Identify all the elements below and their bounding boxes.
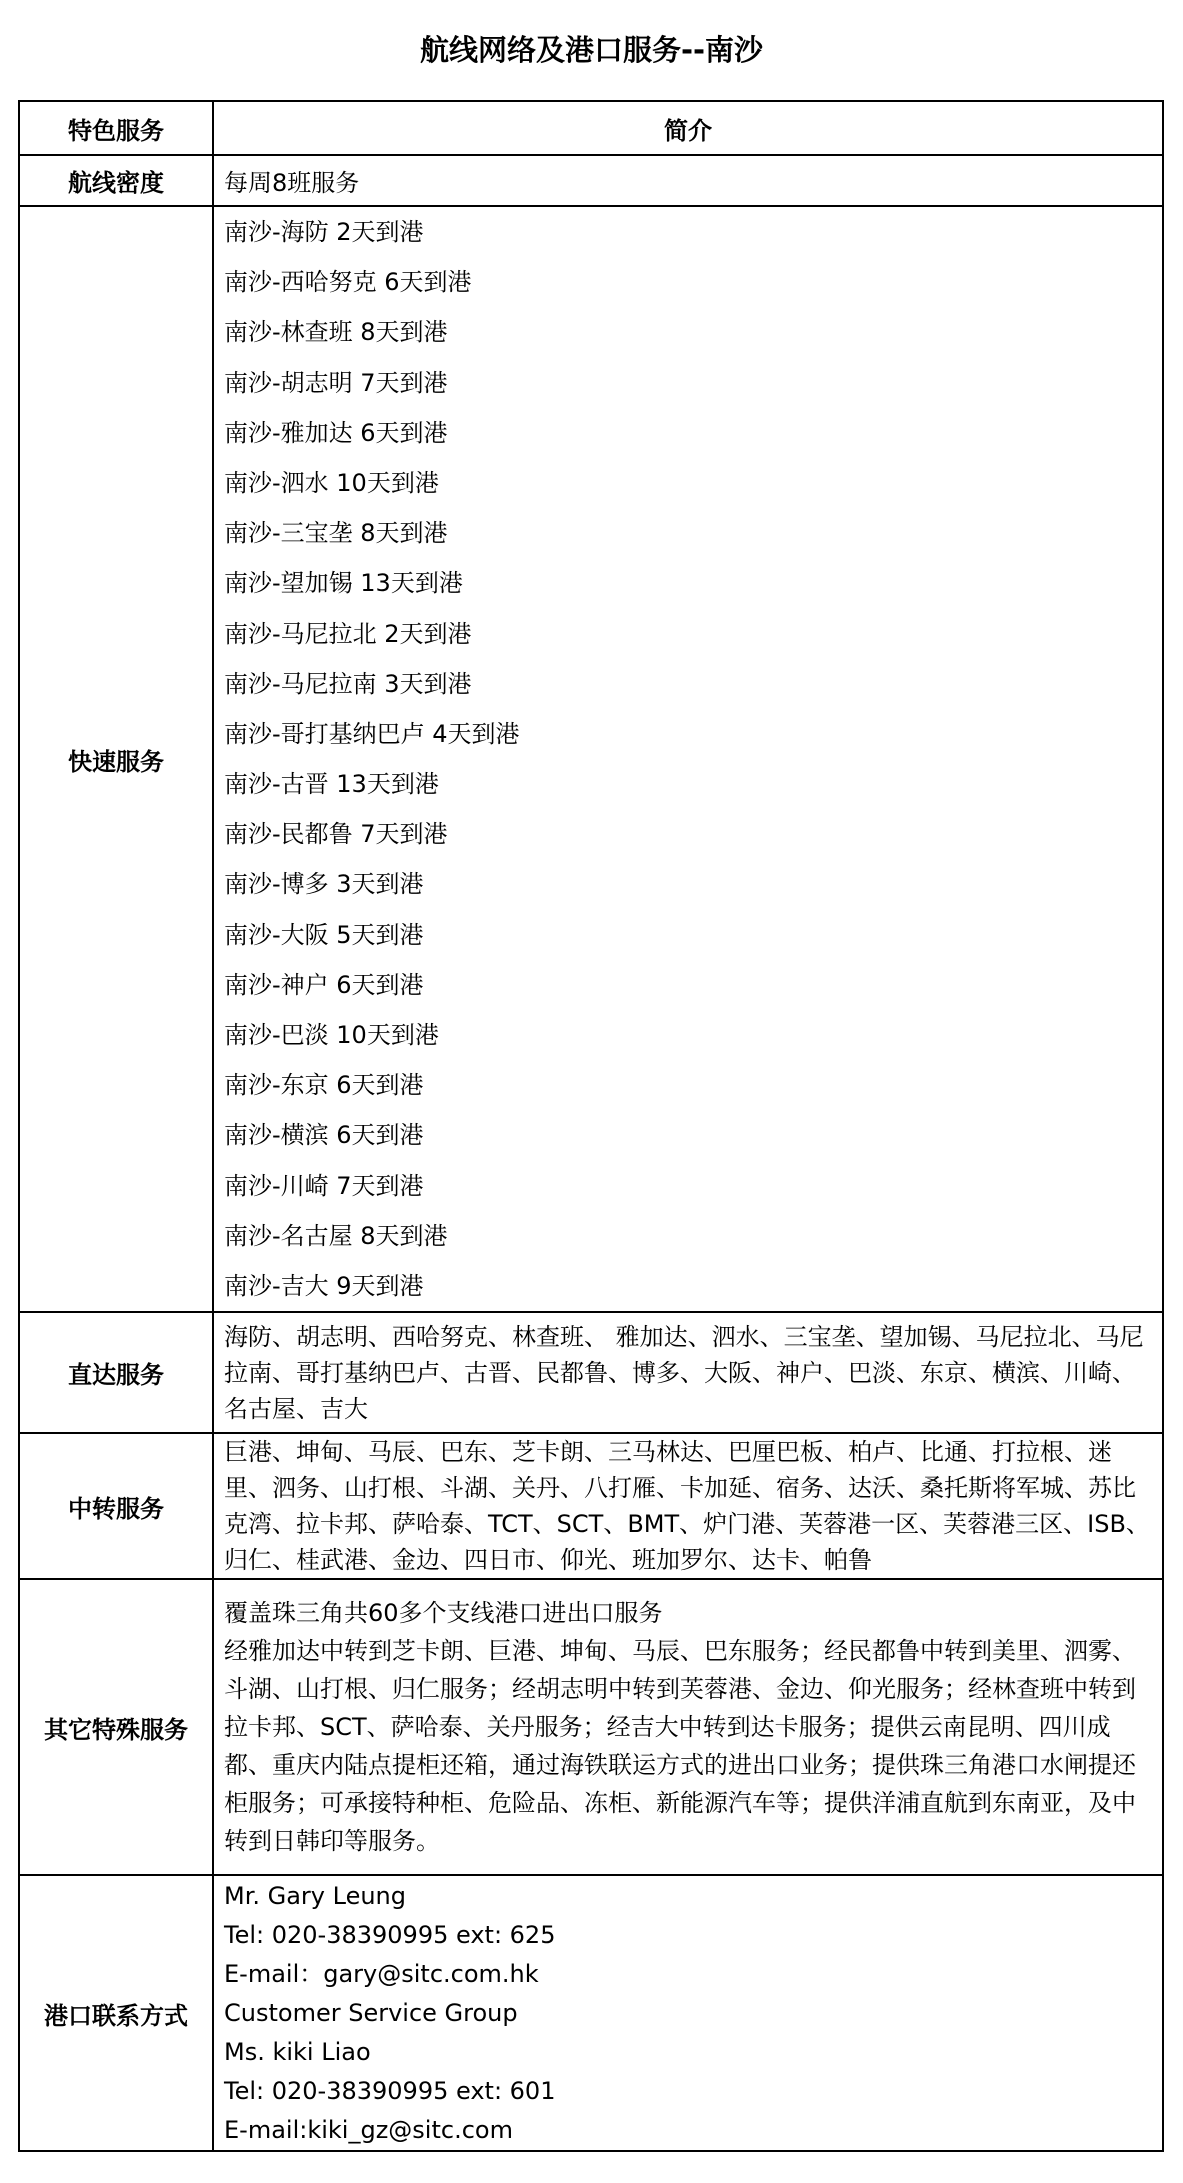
contact-tel-2: Tel: 020-38390995 ext: 601 [224,2072,1156,2111]
express-item: 南沙-吉大 9天到港 [224,1261,1156,1311]
contact-email-2[interactable]: E-mail:kiki_gz@sitc.com [224,2111,1156,2150]
contact-group: Customer Service Group [224,1994,1156,2033]
express-item: 南沙-巴淡 10天到港 [224,1010,1156,1060]
express-item: 南沙-川崎 7天到港 [224,1161,1156,1211]
express-item: 南沙-雅加达 6天到港 [224,408,1156,458]
express-item: 南沙-海防 2天到港 [224,207,1156,257]
contact-name-1: Mr. Gary Leung [224,1877,1156,1916]
transit-text: 巨港、坤甸、马辰、巴东、芝卡朗、三马林达、巴厘巴板、柏卢、比通、打拉根、迷里、泗… [224,1434,1156,1578]
express-item: 南沙-马尼拉南 3天到港 [224,659,1156,709]
contact-name-2: Ms. kiki Liao [224,2033,1156,2072]
density-label: 航线密度 [19,155,213,206]
transit-cell: 巨港、坤甸、马辰、巴东、芝卡朗、三马林达、巴厘巴板、柏卢、比通、打拉根、迷里、泗… [213,1433,1163,1579]
other-label: 其它特殊服务 [19,1579,213,1875]
other-text: 经雅加达中转到芝卡朗、巨港、坤甸、马辰、巴东服务；经民都鲁中转到美里、泗雾、斗湖… [224,1632,1156,1860]
service-table: 特色服务 简介 航线密度 每周8班服务 快速服务 南沙-海防 2天到港 南沙-西… [18,100,1164,2152]
express-item: 南沙-大阪 5天到港 [224,910,1156,960]
express-item: 南沙-三宝垄 8天到港 [224,508,1156,558]
contact-cell: Mr. Gary Leung Tel: 020-38390995 ext: 62… [213,1875,1163,2151]
express-item: 南沙-名古屋 8天到港 [224,1211,1156,1261]
header-intro: 简介 [213,101,1163,155]
express-item: 南沙-东京 6天到港 [224,1060,1156,1110]
row-transit: 中转服务 巨港、坤甸、马辰、巴东、芝卡朗、三马林达、巴厘巴板、柏卢、比通、打拉根… [19,1433,1163,1579]
express-label: 快速服务 [19,206,213,1312]
express-item: 南沙-横滨 6天到港 [224,1110,1156,1160]
row-express: 快速服务 南沙-海防 2天到港 南沙-西哈努克 6天到港 南沙-林查班 8天到港… [19,206,1163,1312]
express-item: 南沙-泗水 10天到港 [224,458,1156,508]
express-item: 南沙-西哈努克 6天到港 [224,257,1156,307]
direct-label: 直达服务 [19,1312,213,1433]
other-line1: 覆盖珠三角共60多个支线港口进出口服务 [224,1594,1156,1632]
express-item: 南沙-哥打基纳巴卢 4天到港 [224,709,1156,759]
page-title: 航线网络及港口服务--南沙 [0,28,1183,69]
express-item: 南沙-望加锡 13天到港 [224,558,1156,608]
express-item: 南沙-胡志明 7天到港 [224,358,1156,408]
express-item: 南沙-神户 6天到港 [224,960,1156,1010]
transit-label: 中转服务 [19,1433,213,1579]
row-density: 航线密度 每周8班服务 [19,155,1163,206]
express-item: 南沙-马尼拉北 2天到港 [224,609,1156,659]
direct-text: 海防、胡志明、西哈努克、林查班、 雅加达、泗水、三宝垄、望加锡、马尼拉北、马尼拉… [224,1319,1156,1427]
other-cell: 覆盖珠三角共60多个支线港口进出口服务 经雅加达中转到芝卡朗、巨港、坤甸、马辰、… [213,1579,1163,1875]
contact-label: 港口联系方式 [19,1875,213,2151]
express-item: 南沙-博多 3天到港 [224,859,1156,909]
contact-email-1[interactable]: E-mail：gary@sitc.com.hk [224,1955,1156,1994]
contact-tel-1: Tel: 020-38390995 ext: 625 [224,1916,1156,1955]
express-item: 南沙-古晋 13天到港 [224,759,1156,809]
row-other: 其它特殊服务 覆盖珠三角共60多个支线港口进出口服务 经雅加达中转到芝卡朗、巨港… [19,1579,1163,1875]
direct-cell: 海防、胡志明、西哈努克、林查班、 雅加达、泗水、三宝垄、望加锡、马尼拉北、马尼拉… [213,1312,1163,1433]
header-feature: 特色服务 [19,101,213,155]
header-row: 特色服务 简介 [19,101,1163,155]
density-value: 每周8班服务 [213,155,1163,206]
express-item: 南沙-林查班 8天到港 [224,307,1156,357]
express-list: 南沙-海防 2天到港 南沙-西哈努克 6天到港 南沙-林查班 8天到港 南沙-胡… [213,206,1163,1312]
express-item: 南沙-民都鲁 7天到港 [224,809,1156,859]
row-direct: 直达服务 海防、胡志明、西哈努克、林查班、 雅加达、泗水、三宝垄、望加锡、马尼拉… [19,1312,1163,1433]
row-contact: 港口联系方式 Mr. Gary Leung Tel: 020-38390995 … [19,1875,1163,2151]
